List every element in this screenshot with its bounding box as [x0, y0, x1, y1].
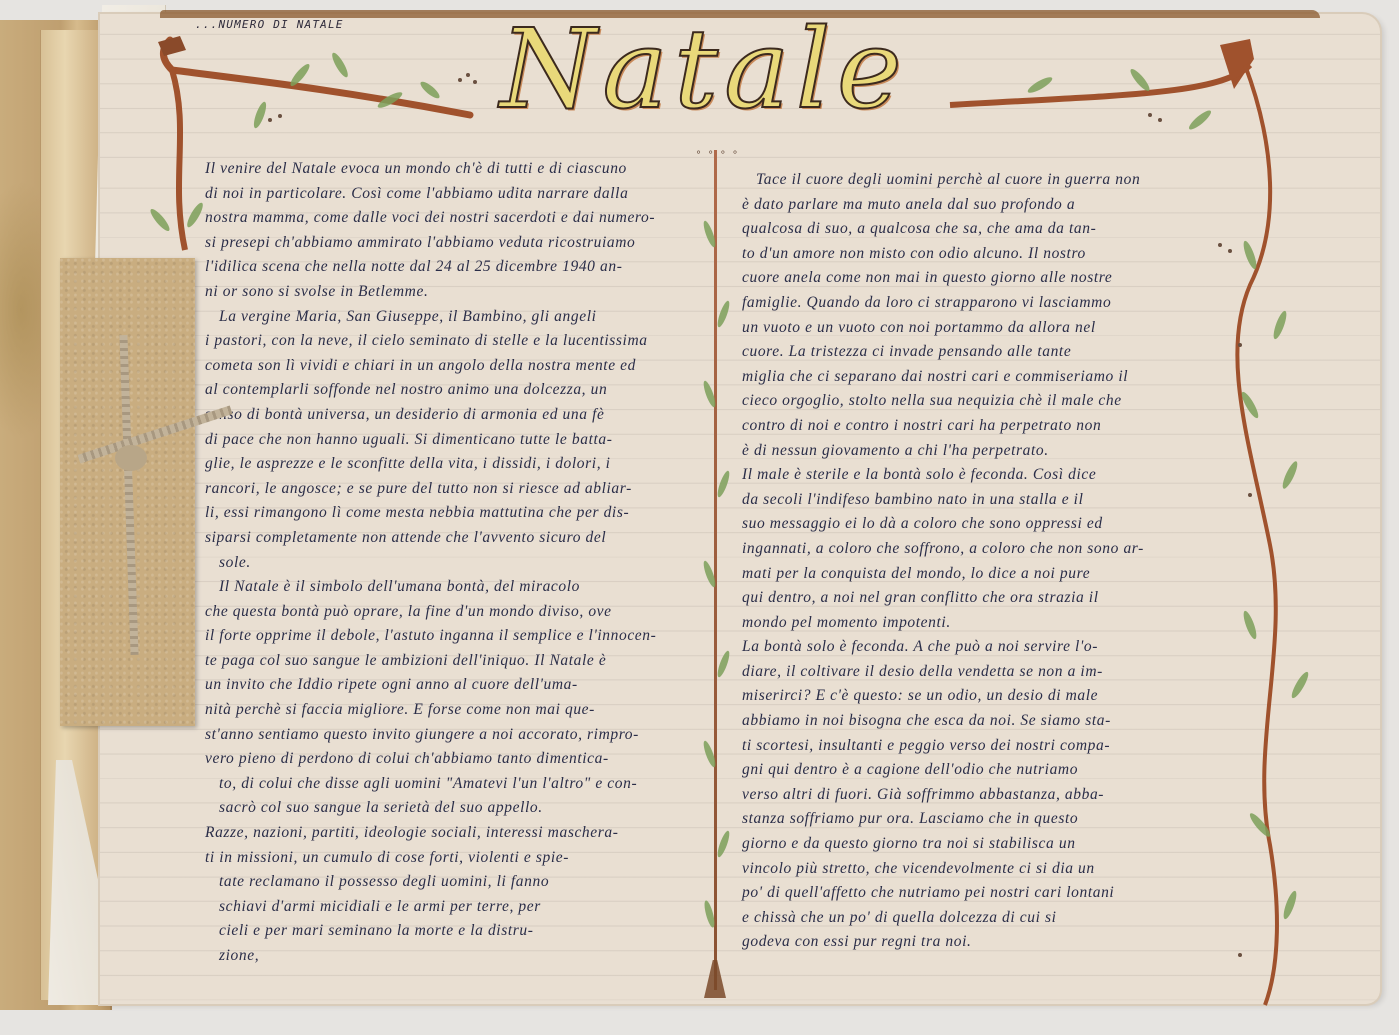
text-line: un invito che Iddio ripete ogni anno al … — [205, 673, 720, 698]
text-line: Tace il cuore degli uomini perchè al cuo… — [742, 168, 1257, 193]
text-line: to d'un amore non misto con odio alcuno.… — [742, 242, 1257, 267]
text-line: nostra mamma, come dalle voci dei nostri… — [205, 206, 720, 231]
text-line: cuore. La tristezza ci invade pensando a… — [742, 340, 1257, 365]
text-line: è di nessun giovamento a chi l'ha perpet… — [742, 439, 1257, 464]
text-line: gni qui dentro è a cagione dell'odio che… — [742, 758, 1257, 783]
text-line: ti scortesi, insultanti e peggio verso d… — [742, 734, 1257, 759]
text-line: glie, le asprezze e le sconfitte della v… — [205, 452, 720, 477]
text-line: diare, il coltivare il desio della vende… — [742, 660, 1257, 685]
text-line: stanza soffriamo pur ora. Lasciamo che i… — [742, 807, 1257, 832]
text-line: ingannati, a coloro che soffrono, a colo… — [742, 537, 1257, 562]
text-line: Il male è sterile e la bontà solo è feco… — [742, 463, 1257, 488]
text-line: li, essi rimangono lì come mesta nebbia … — [205, 501, 720, 526]
text-line: zione, — [205, 944, 720, 969]
text-line: si presepi ch'abbiamo ammirato l'abbiamo… — [205, 231, 720, 256]
text-line: schiavi d'armi micidiali e le armi per t… — [205, 895, 720, 920]
text-line: abbiamo in noi bisogna che esca da noi. … — [742, 709, 1257, 734]
text-line: st'anno sentiamo questo invito giungere … — [205, 723, 720, 748]
text-line: contro di noi e contro i nostri cari ha … — [742, 414, 1257, 439]
text-line: cieli e per mari seminano la morte e la … — [205, 919, 720, 944]
text-line: vincolo più stretto, che vicendevolmente… — [742, 857, 1257, 882]
text-line: vero pieno di perdono di colui ch'abbiam… — [205, 747, 720, 772]
text-line: ti in missioni, un cumulo di cose forti,… — [205, 846, 720, 871]
text-line: te paga col suo sangue le ambizioni dell… — [205, 649, 720, 674]
text-line: tate reclamano il possesso degli uomini,… — [205, 870, 720, 895]
text-line: di noi in particolare. Così come l'abbia… — [205, 182, 720, 207]
text-line: è dato parlare ma muto anela dal suo pro… — [742, 193, 1257, 218]
text-line: cieco orgoglio, stolto nella sua nequizi… — [742, 389, 1257, 414]
text-line: cuore anela come non mai in questo giorn… — [742, 266, 1257, 291]
text-line: miglia che ci separano dai nostri cari e… — [742, 365, 1257, 390]
text-line: sole. — [205, 551, 720, 576]
text-line: il forte opprime il debole, l'astuto ing… — [205, 624, 720, 649]
text-line: mondo pel momento impotenti. — [742, 611, 1257, 636]
text-line: l'idilica scena che nella notte dal 24 a… — [205, 255, 720, 280]
text-line: giorno e da questo giorno tra noi si sta… — [742, 832, 1257, 857]
text-line: po' di quell'affetto che nutriamo pei no… — [742, 881, 1257, 906]
text-line: verso altri di fuori. Già soffrimmo abba… — [742, 783, 1257, 808]
text-line: ni or sono si svolse in Betlemme. — [205, 280, 720, 305]
text-line: Razze, nazioni, partiti, ideologie socia… — [205, 821, 720, 846]
text-line: al contemplarli soffonde nel nostro anim… — [205, 378, 720, 403]
text-line: sacrò col suo sangue la serietà del suo … — [205, 796, 720, 821]
text-line: qui dentro, a noi nel gran conflitto che… — [742, 586, 1257, 611]
text-line: che questa bontà può oprare, la fine d'u… — [205, 600, 720, 625]
page-title: Natale — [500, 14, 908, 124]
text-line: La bontà solo è feconda. A che può a noi… — [742, 635, 1257, 660]
text-line: suo messaggio ei lo dà a coloro che sono… — [742, 512, 1257, 537]
left-text-column: Il venire del Natale evoca un mondo ch'è… — [205, 157, 720, 969]
text-line: e chissà che un po' di quella dolcezza d… — [742, 906, 1257, 931]
text-line: qualcosa di suo, a qualcosa che sa, che … — [742, 217, 1257, 242]
text-line: to, di colui che disse agli uomini "Amat… — [205, 772, 720, 797]
text-line: da secoli l'indifeso bambino nato in una… — [742, 488, 1257, 513]
text-line: godeva con essi pur regni tra noi. — [742, 930, 1257, 955]
text-line: famiglie. Quando da loro ci strapparono … — [742, 291, 1257, 316]
right-text-column: Tace il cuore degli uomini perchè al cuo… — [742, 168, 1257, 955]
text-line: senso di bontà universa, un desiderio di… — [205, 403, 720, 428]
text-line: i pastori, con la neve, il cielo seminat… — [205, 329, 720, 354]
text-line: La vergine Maria, San Giuseppe, il Bambi… — [205, 305, 720, 330]
text-line: siparsi completamente non attende che l'… — [205, 526, 720, 551]
string-knot-icon — [115, 445, 147, 471]
text-line: Il Natale è il simbolo dell'umana bontà,… — [205, 575, 720, 600]
text-line: un vuoto e un vuoto con noi portammo da … — [742, 316, 1257, 341]
text-line: di pace che non hanno uguali. Si dimenti… — [205, 428, 720, 453]
text-line: rancori, le angosce; e se pure del tutto… — [205, 477, 720, 502]
text-line: mati per la conquista del mondo, lo dice… — [742, 562, 1257, 587]
text-line: miserirci? E c'è questo: se un odio, un … — [742, 684, 1257, 709]
text-line: cometa son lì vividi e chiari in un ango… — [205, 354, 720, 379]
text-line: nità perchè si faccia migliore. E forse … — [205, 698, 720, 723]
text-line: Il venire del Natale evoca un mondo ch'è… — [205, 157, 720, 182]
